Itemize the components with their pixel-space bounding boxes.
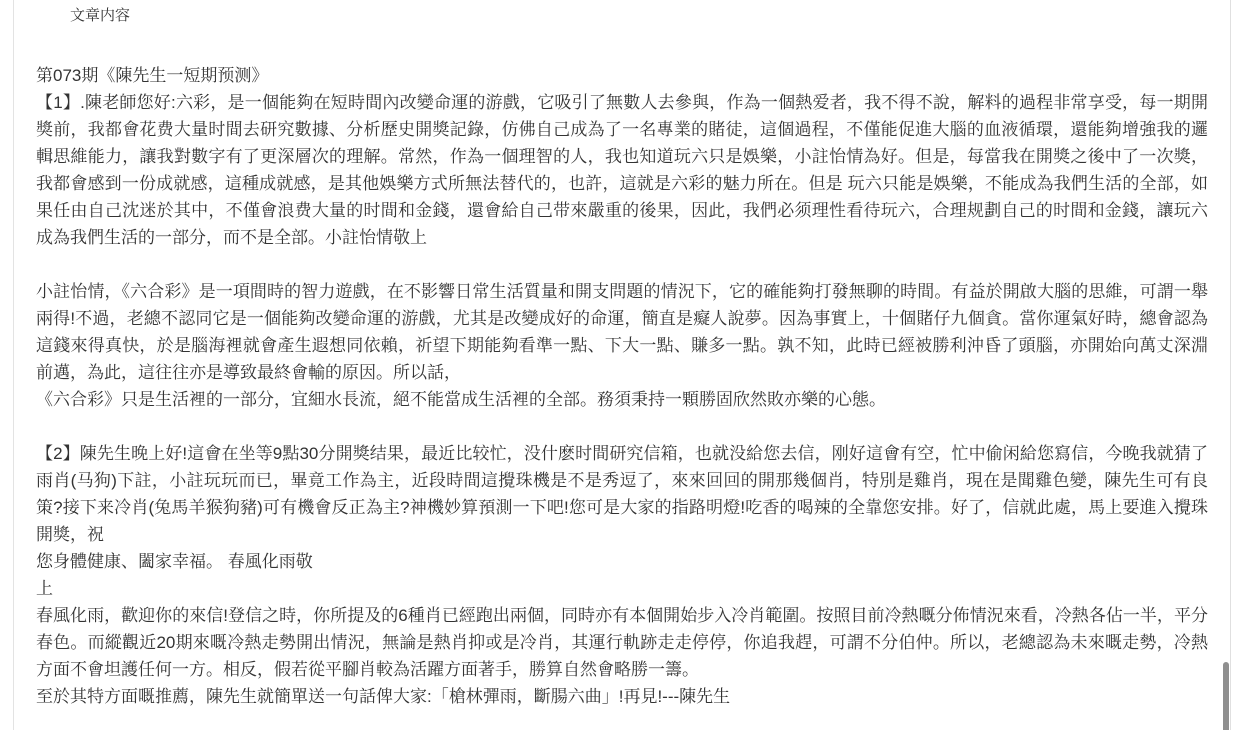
- paragraph-3: 【2】陳先生晚上好!這會在坐等9點30分開獎结果，最近比较忙，没什麽时間研究信箱…: [36, 440, 1208, 548]
- paragraph-3-signoff-line: 上: [36, 575, 1208, 602]
- scrollbar-track[interactable]: [1230, 0, 1231, 730]
- blank-line: [36, 413, 1208, 440]
- article-page: 文章内容 第073期《陳先生一短期预测》 【1】.陳老師您好:六彩，是一個能夠在…: [0, 0, 1242, 730]
- paragraph-2-continued: 《六合彩》只是生活裡的一部分，宜細水長流，絕不能當成生活裡的全部。務須秉持一顆勝…: [36, 386, 1208, 413]
- blank-line: [36, 251, 1208, 278]
- paragraph-3-wish-line: 您身體健康、闔家幸福。 春風化雨敬: [36, 548, 1208, 575]
- article-title: 第073期《陳先生一短期预测》: [36, 62, 1208, 89]
- article-header-label: 文章内容: [70, 7, 130, 25]
- article-content: 第073期《陳先生一短期预测》 【1】.陳老師您好:六彩，是一個能夠在短時間內改…: [36, 62, 1208, 710]
- paragraph-1: 【1】.陳老師您好:六彩，是一個能夠在短時間內改變命運的游戲，它吸引了無數人去參…: [36, 89, 1208, 251]
- paragraph-2: 小註怡情，《六合彩》是一項間時的智力遊戲，在不影響日常生活質量和開支問題的情況下…: [36, 278, 1208, 386]
- scrollbar-thumb[interactable]: [1223, 662, 1229, 730]
- content-left-border: [13, 0, 14, 730]
- paragraph-5: 至於其特方面嘅推薦，陳先生就簡單送一句話俾大家:「槍林彈雨，斷腸六曲」!再見!-…: [36, 683, 1208, 710]
- paragraph-4: 春風化雨，歡迎你的來信!登信之時，你所提及的6種肖已經跑出兩個，同時亦有本個開始…: [36, 602, 1208, 683]
